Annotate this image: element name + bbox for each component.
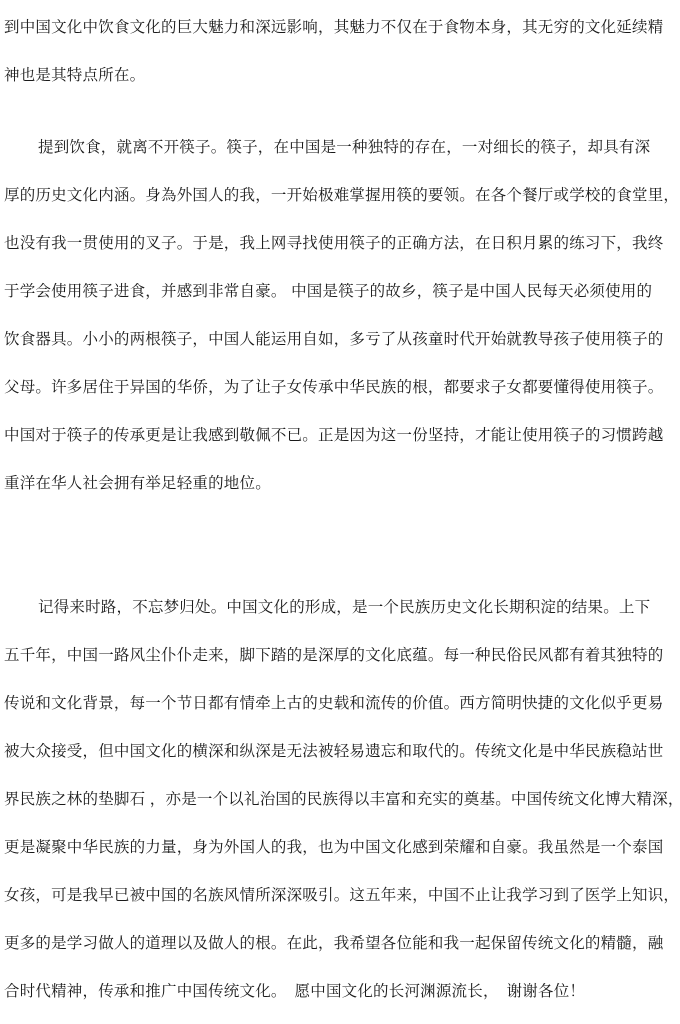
text-line: 传说和文化背景，每一个节日都有情牵上古的史载和流传的价值。西方简明快捷的文化似乎… — [4, 680, 676, 728]
text-line: 饮食器具。小小的两根筷子，中国人能运用自如，多亏了从孩童时代开始就教导孩子使用筷… — [4, 316, 676, 364]
text-line: 也没有我一贯使用的叉子。于是，我上网寻找使用筷子的正确方法，在日积月累的练习下，… — [4, 220, 676, 268]
text-line: 于学会使用筷子进食，并感到非常自豪。 中国是筷子的故乡，筷子是中国人民每天必须使… — [4, 268, 676, 316]
text-line: 厚的历史文化内涵。身為外国人的我，一开始极难掌握用筷的要领。在各个餐厅或学校的食… — [4, 172, 676, 220]
text-line: 女孩，可是我早已被中国的名族风情所深深吸引。这五年来，中国不止让我学习到了医学上… — [4, 872, 676, 920]
text-line: 提到饮食，就离不开筷子。筷子，在中国是一种独特的存在，一对细长的筷子，却具有深 — [4, 124, 676, 172]
text-line: 更是凝聚中华民族的力量，身为外国人的我，也为中国文化感到荣耀和自豪。我虽然是一个… — [4, 824, 676, 872]
text-line: 父母。许多居住于异国的华侨，为了让子女传承中华民族的根，都要求子女都要懂得使用筷… — [4, 364, 676, 412]
text-line: 界民族之林的垫脚石 ，亦是一个以礼治国的民族得以丰富和充实的奠基。中国传统文化博… — [4, 776, 676, 824]
document-page: 到中国文化中饮食文化的巨大魅力和深远影响，其魅力不仅在于食物本身，其无穷的文化延… — [0, 0, 680, 1024]
text-line: 被大众接受，但中国文化的横深和纵深是无法被轻易遗忘和取代的。传统文化是中华民族稳… — [4, 728, 676, 776]
text-line: 重洋在华人社会拥有举足轻重的地位。 — [4, 460, 676, 508]
paragraph-1: 到中国文化中饮食文化的巨大魅力和深远影响，其魅力不仅在于食物本身，其无穷的文化延… — [4, 4, 676, 100]
text-line: 神也是其特点所在。 — [4, 52, 676, 100]
paragraph-2: 提到饮食，就离不开筷子。筷子，在中国是一种独特的存在，一对细长的筷子，却具有深 … — [4, 124, 676, 508]
text-line: 合时代精神，传承和推广中国传统文化。 愿中国文化的长河渊源流长， 谢谢各位！ — [4, 968, 676, 1016]
text-line: 到中国文化中饮食文化的巨大魅力和深远影响，其魅力不仅在于食物本身，其无穷的文化延… — [4, 4, 676, 52]
text-line: 更多的是学习做人的道理以及做人的根。在此，我希望各位能和我一起保留传统文化的精髓… — [4, 920, 676, 968]
text-line: 中国对于筷子的传承更是让我感到敬佩不已。正是因为这一份坚持，才能让使用筷子的习惯… — [4, 412, 676, 460]
paragraph-3: 记得来时路，不忘梦归处。中国文化的形成，是一个民族历史文化长期积淀的结果。上下 … — [4, 584, 676, 1016]
text-line: 记得来时路，不忘梦归处。中国文化的形成，是一个民族历史文化长期积淀的结果。上下 — [4, 584, 676, 632]
text-line: 五千年，中国一路风尘仆仆走来，脚下踏的是深厚的文化底蕴。每一种民俗民风都有着其独… — [4, 632, 676, 680]
